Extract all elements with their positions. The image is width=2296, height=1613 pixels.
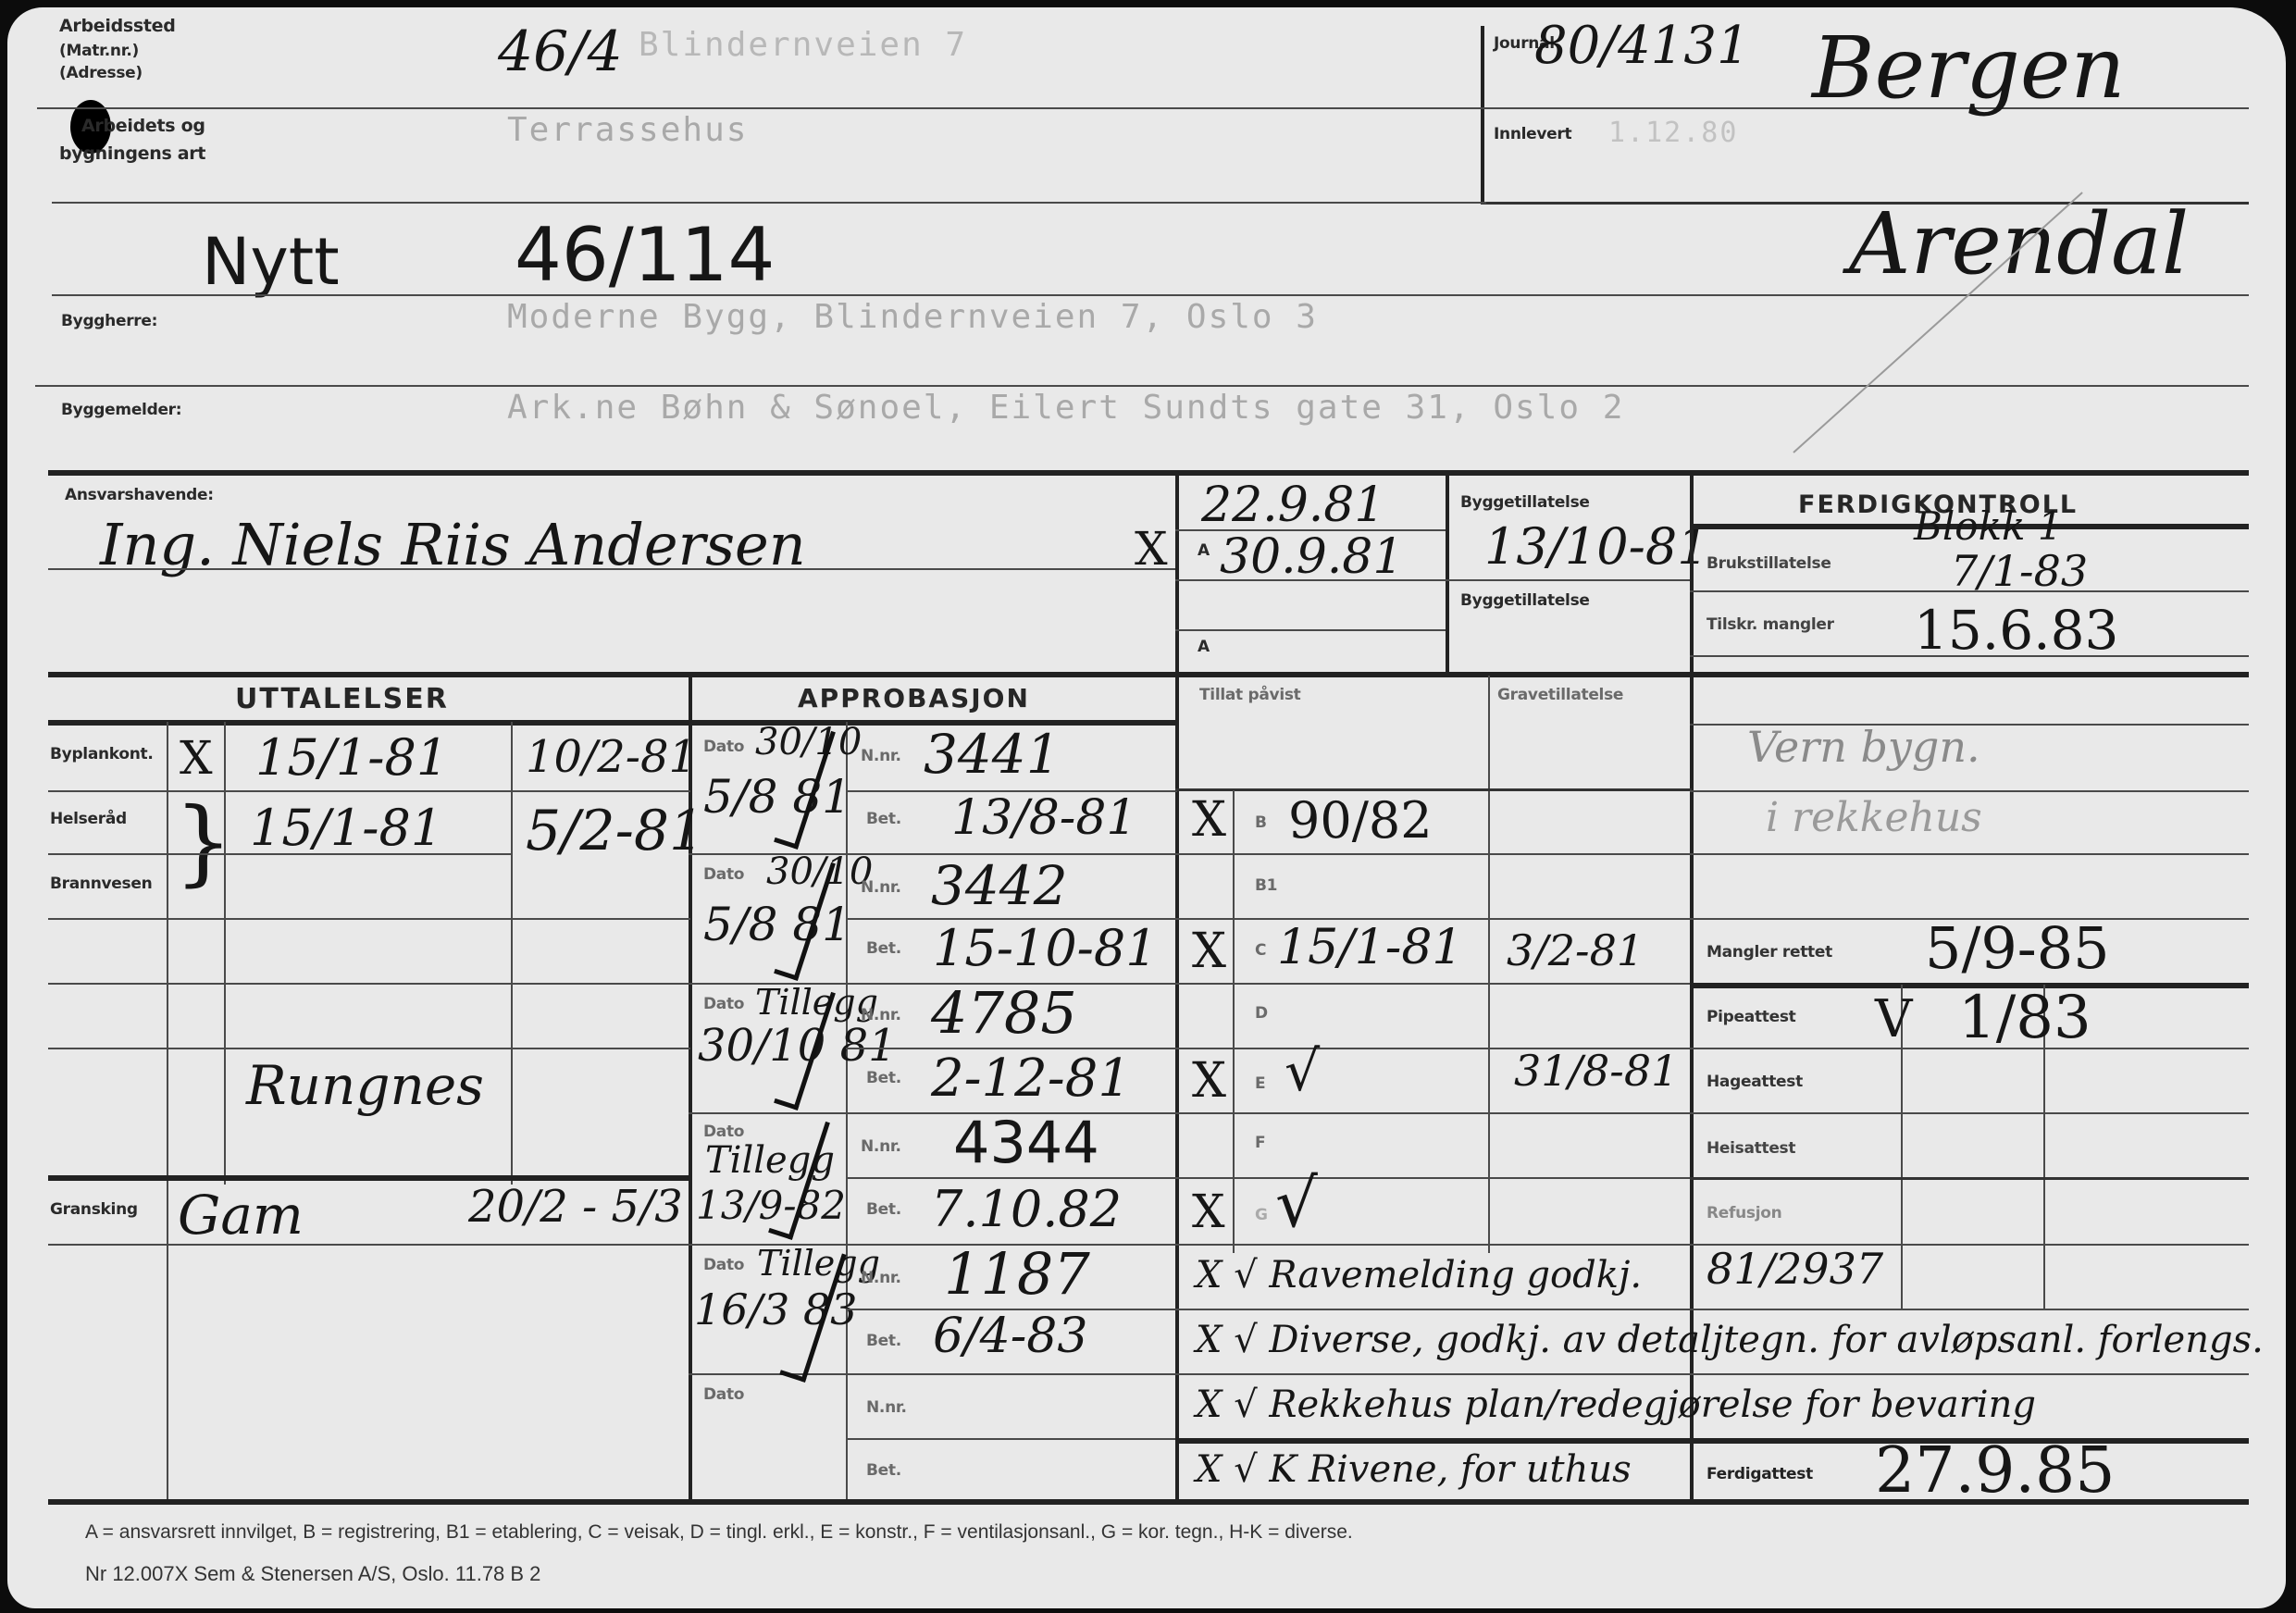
tillat-code: D xyxy=(1255,1005,1268,1023)
column-line xyxy=(1488,676,1490,1253)
ansvar-a-prefix: A xyxy=(1198,542,1210,560)
nnr-label: N.nr. xyxy=(861,748,901,765)
hageattest-label: Hageattest xyxy=(1706,1073,1803,1091)
divider xyxy=(48,790,690,792)
section-border xyxy=(48,672,2249,677)
gransking-value: Gam xyxy=(178,1188,304,1242)
tillat-code: B xyxy=(1255,814,1267,832)
tillat-mark: X xyxy=(1192,1188,1225,1235)
adresse-label: (Adresse) xyxy=(59,65,143,82)
divider xyxy=(1690,1177,2249,1180)
tillat-mark: X xyxy=(1192,927,1226,975)
dato-label: Dato xyxy=(703,1257,744,1274)
matr-label: (Matr.nr.) xyxy=(59,43,139,60)
uttalelse-sent: 15/1-81 xyxy=(250,803,442,853)
bet-label: Bet. xyxy=(866,1333,901,1350)
innlevert-label: Innlevert xyxy=(1494,126,1571,143)
nnr-value: 3442 xyxy=(931,859,1068,912)
brukstillatelse-note: Blokk 1 xyxy=(1914,507,2063,546)
dato-value: 5/8 81 xyxy=(703,901,851,948)
divider xyxy=(1175,983,1692,985)
section-border xyxy=(48,1499,2249,1505)
uttalelse-mark: X xyxy=(180,735,213,781)
dato-label: Dato xyxy=(703,1123,744,1141)
dato-label: Dato xyxy=(703,738,744,756)
column-border xyxy=(1446,470,1449,676)
brukstillatelse-label: Brukstillatelse xyxy=(1706,555,1831,573)
column-line xyxy=(1233,790,1235,1253)
uttalelse-note: Rungnes xyxy=(246,1059,484,1112)
divider xyxy=(1690,590,2249,592)
divider xyxy=(37,107,1499,109)
divider xyxy=(1690,655,2249,657)
column-border xyxy=(1175,470,1179,1503)
ferdig-note-2: i rekkehus xyxy=(1766,798,1982,838)
bet-value: 7.10.82 xyxy=(931,1185,1122,1235)
tillat-code: G xyxy=(1255,1207,1268,1224)
divider xyxy=(1175,853,1692,855)
refusjon-label: Refusjon xyxy=(1706,1205,1781,1222)
arbeid-label-1: Arbeidets og xyxy=(81,117,205,136)
divider xyxy=(48,720,696,726)
divider xyxy=(35,385,2249,387)
ansvarshavende-value: Ing. Niels Riis Andersen xyxy=(100,516,806,574)
ferdigattest-value: 27.9.85 xyxy=(1875,1440,2116,1503)
tilskr-value: 15.6.83 xyxy=(1914,603,2118,657)
column-border xyxy=(689,672,692,1503)
tillat-value: 15/1-81 xyxy=(1277,924,1463,972)
divider xyxy=(689,1373,1177,1375)
divider xyxy=(1690,790,2249,792)
innlevert-value: 1.12.80 xyxy=(1608,117,1738,149)
divider xyxy=(1175,1309,2249,1310)
arbeidssted-label: Arbeidssted xyxy=(59,17,176,36)
byggetillatelse-label-1: Byggetillatelse xyxy=(1460,494,1590,512)
divider xyxy=(1446,579,1694,581)
bet-label: Bet. xyxy=(866,940,901,958)
nytt-matr: 46/114 xyxy=(515,218,775,292)
tillat-code: C xyxy=(1255,942,1266,960)
uttalelse-label-byplankont: Byplankont. xyxy=(50,746,154,763)
printer-text: Nr 12.007X Sem & Stenersen A/S, Oslo. 11… xyxy=(85,1562,540,1586)
ansvar-date-2: 30.9.81 xyxy=(1220,533,1403,581)
divider xyxy=(48,1244,690,1246)
ferdig-note-1: Vern bygn. xyxy=(1747,726,1980,768)
tillat-value: 90/82 xyxy=(1288,796,1433,846)
tillat-check-icon: √ xyxy=(1285,1044,1320,1099)
gransking-label: Gransking xyxy=(50,1201,138,1219)
tillat-note: X √ Diverse, godkj. av detaljtegn. for a… xyxy=(1196,1321,2264,1359)
divider xyxy=(1690,1112,2249,1114)
byggetillatelse-value-1: 13/10-81 xyxy=(1484,522,1709,572)
tillat-check-icon: √ xyxy=(1275,1170,1318,1236)
dato-label: Dato xyxy=(703,996,744,1013)
divider xyxy=(1690,1048,2249,1049)
bet-value: 6/4-83 xyxy=(933,1312,1087,1360)
divider xyxy=(1175,579,1447,581)
divider xyxy=(48,983,690,985)
uttalelse-brace: } xyxy=(174,796,233,888)
bet-label: Bet. xyxy=(866,1201,901,1219)
divider xyxy=(1175,1373,2249,1375)
bet-label: Bet. xyxy=(866,1070,901,1087)
tillat-label: Tillat påvist xyxy=(1199,687,1301,704)
mangler-rettet-value: 5/9-85 xyxy=(1925,920,2110,977)
divider xyxy=(1690,853,2249,855)
uttalelser-title: UTTALELSER xyxy=(235,683,449,715)
dato-value: 5/8 81 xyxy=(703,774,851,820)
divider xyxy=(1175,629,1447,631)
byggemelder-label: Byggemelder: xyxy=(61,402,181,419)
uttalelse-sent: 15/1-81 xyxy=(255,733,448,783)
legend-text: A = ansvarsrett innvilget, B = registrer… xyxy=(85,1521,1353,1544)
gransking-date: 20/2 - 5/3 xyxy=(468,1185,683,1229)
nnr-value: 3441 xyxy=(924,727,1061,781)
divider xyxy=(52,202,1486,204)
pipeattest-label: Pipeattest xyxy=(1706,1009,1796,1026)
nnr-value: 4344 xyxy=(953,1114,1099,1172)
column-line xyxy=(167,722,168,1503)
tillat-mark: X xyxy=(1192,1057,1226,1105)
nnr-label: N.nr. xyxy=(866,1399,907,1417)
divider xyxy=(846,1438,1177,1440)
tillat-code: E xyxy=(1255,1075,1265,1093)
uttalelse-label-helserad: Helseråd xyxy=(50,811,127,828)
divider xyxy=(48,853,511,855)
tillat-mark: X xyxy=(1192,796,1226,844)
ansvarshavende-label: Ansvarshavende: xyxy=(65,487,214,504)
pipeattest-check-icon: V xyxy=(1875,994,1912,1046)
divider xyxy=(1175,1177,1692,1179)
divider xyxy=(48,918,690,920)
approbasjon-title: APPROBASJON xyxy=(798,683,1030,713)
nnr-label: N.nr. xyxy=(861,1007,901,1024)
section-border xyxy=(48,470,2249,476)
uttalelse-received: 10/2-81 xyxy=(526,735,697,779)
uttalelse-label-brannvesen: Brannvesen xyxy=(50,875,152,893)
refusjon-value: 81/2937 xyxy=(1706,1247,1883,1290)
divider xyxy=(52,294,2249,296)
tillat-code: F xyxy=(1255,1135,1265,1152)
divider xyxy=(48,568,1177,570)
arbeid-value: Terrassehus xyxy=(507,111,748,149)
pipeattest-value: 1/83 xyxy=(1958,988,2091,1048)
nnr-value: 4785 xyxy=(931,985,1077,1042)
archive-card: Arbeidssted (Matr.nr.) (Adresse) 46/4 Bl… xyxy=(7,7,2286,1608)
ansvar-date-1: 22.9.81 xyxy=(1201,481,1384,529)
tillat-code: B1 xyxy=(1255,877,1277,895)
byggherre-label: Byggherre: xyxy=(61,313,157,330)
tilskr-label: Tilskr. mangler xyxy=(1706,616,1834,634)
divider xyxy=(1175,788,1692,791)
tillat-note: X √ Rekkehus plan/redegjørelse for bevar… xyxy=(1196,1386,2036,1423)
nnr-label: N.nr. xyxy=(861,879,901,897)
location-note-2: Arendal xyxy=(1849,202,2189,287)
nytt-note: Nytt xyxy=(202,230,340,294)
ansvarshavende-mark: X xyxy=(1135,526,1168,572)
byggetillatelse-label-2: Byggetillatelse xyxy=(1460,592,1590,610)
dato-value: 13/9-82 xyxy=(696,1186,846,1225)
nnr-value: 1187 xyxy=(944,1246,1090,1303)
bet-value: 2-12-81 xyxy=(931,1053,1131,1105)
tillat-note: X √ K Rivene, for uthus xyxy=(1196,1451,1632,1488)
bet-label: Bet. xyxy=(866,1462,901,1480)
dato-label: Dato xyxy=(703,1386,744,1404)
mangler-rettet-label: Mangler rettet xyxy=(1706,944,1832,962)
uttalelse-received: 5/2-81 xyxy=(526,803,704,859)
nnr-label: N.nr. xyxy=(861,1138,901,1156)
nnr-label: N.nr. xyxy=(861,1270,901,1287)
location-note-1: Bergen xyxy=(1812,26,2126,111)
dato-label: Dato xyxy=(703,866,744,884)
matr-value: 46/4 xyxy=(498,24,623,80)
byggemelder-value: Ark.ne Bøhn & Sønoel, Eilert Sundts gate… xyxy=(507,389,1624,427)
divider xyxy=(689,1112,1177,1114)
divider xyxy=(846,1177,1177,1179)
ferdigattest-label: Ferdigattest xyxy=(1706,1466,1813,1483)
byggherre-value: Moderne Bygg, Blindernveien 7, Oslo 3 xyxy=(507,298,1318,336)
bet-value: 15-10-81 xyxy=(933,924,1158,974)
arbeid-label-2: bygningens art xyxy=(59,144,205,164)
heisattest-label: Heisattest xyxy=(1706,1140,1795,1158)
grave-label: Gravetillatelse xyxy=(1497,687,1623,704)
grave-value: 31/8-81 xyxy=(1514,1049,1678,1092)
bet-value: 13/8-81 xyxy=(951,794,1137,842)
bet-label: Bet. xyxy=(866,811,901,828)
adresse-value: Blindernveien 7 xyxy=(639,26,967,64)
ansvar-a2-prefix: A xyxy=(1198,639,1210,656)
divider xyxy=(48,1048,690,1049)
journal-value: 80/4131 xyxy=(1534,20,1750,72)
grave-value: 3/2-81 xyxy=(1507,929,1644,972)
divider xyxy=(1175,1112,1692,1114)
tillat-note: X √ Ravemelding godkj. xyxy=(1196,1257,1642,1294)
brukstillatelse-value: 7/1-83 xyxy=(1951,550,2088,592)
journal-box-border xyxy=(1481,26,1484,204)
